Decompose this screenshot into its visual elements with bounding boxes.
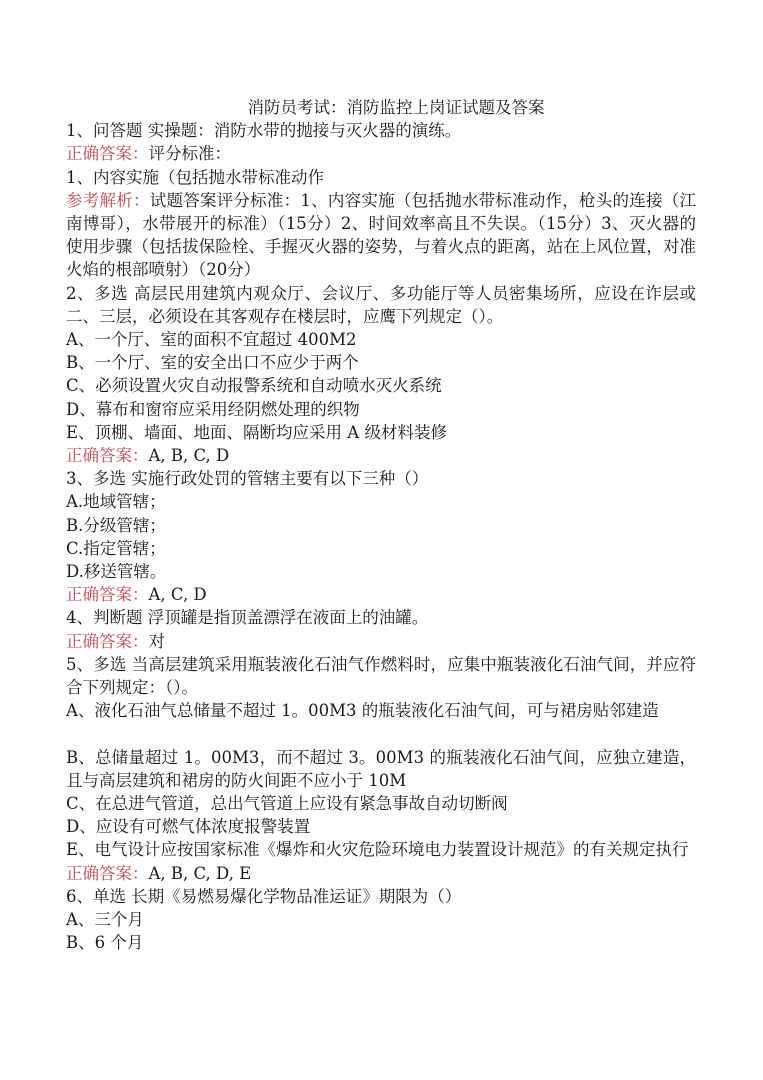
question-1-stem: 1、问答题 实操题：消防水带的抛接与灭火器的演练。 [66,119,696,142]
question-3-option-d: D.移送管辖。 [66,560,696,583]
answer-value: A, B, C, D, E [149,864,252,883]
question-5-option-a: A、液化石油气总储量不超过 1。00M3 的瓶装液化石油气间，可与裙房贴邻建造 [66,699,696,722]
question-5-answer: 正确答案：A, B, C, D, E [66,862,696,885]
question-2-option-c: C、必须设置火灾自动报警系统和自动喷水灭火系统 [66,374,696,397]
answer-value: 对 [149,632,166,651]
answer-label: 正确答案： [66,446,149,465]
answer-label: 正确答案： [66,632,149,651]
answer-label: 正确答案： [66,585,149,604]
question-2-answer: 正确答案：A, B, C, D [66,444,696,467]
question-2-option-e: E、顶棚、墙面、地面、隔断均应采用 A 级材料装修 [66,421,696,444]
question-3-option-b: B.分级管辖； [66,514,696,537]
answer-value: A, C, D [149,585,207,604]
answer-label: 正确答案： [66,144,149,163]
question-6-stem: 6、单选 长期《易燃易爆化学物品准运证》期限为（） [66,885,696,908]
answer-value: 评分标准： [149,144,232,163]
question-4-stem: 4、判断题 浮顶罐是指顶盖漂浮在液面上的油罐。 [66,606,696,629]
question-1-analysis: 参考解析：试题答案评分标准：1、内容实施（包括抛水带标准动作，枪头的连接（江南博… [66,189,696,282]
question-1-answer: 正确答案：评分标准： [66,142,696,165]
blank-line [66,722,696,745]
question-5-stem: 5、多选 当高层建筑采用瓶装液化石油气作燃料时，应集中瓶装液化石油气间，并应符合… [66,653,696,699]
document-title: 消防员考试：消防监控上岗证试题及答案 [96,96,696,119]
answer-value: A, B, C, D [149,446,230,465]
question-2-option-d: D、幕布和窗帘应采用经阴燃处理的织物 [66,398,696,421]
question-2-stem: 2、多选 高层民用建筑内观众厅、会议厅、多功能厅等人员密集场所，应设在诈层或二、… [66,282,696,328]
question-2-option-a: A、一个厅、室的面积不宜超过 400M2 [66,328,696,351]
question-4-answer: 正确答案：对 [66,630,696,653]
question-6-option-a: A、三个月 [66,908,696,931]
question-3-option-c: C.指定管辖； [66,537,696,560]
analysis-label: 参考解析： [66,191,150,210]
question-5-option-b: B、总储量超过 1。00M3，而不超过 3。00M3 的瓶装液化石油气间，应独立… [66,746,696,792]
question-5-option-c: C、在总进气管道，总出气管道上应设有紧急事故自动切断阀 [66,792,696,815]
analysis-text: 试题答案评分标准：1、内容实施（包括抛水带标准动作，枪头的连接（江南博哥），水带… [66,191,696,280]
question-3-stem: 3、多选 实施行政处罚的管辖主要有以下三种（） [66,467,696,490]
question-1-answer-cont: 1、内容实施（包括抛水带标准动作 [66,166,696,189]
question-5-option-e: E、电气设计应按国家标准《爆炸和火灾危险环境电力装置设计规范》的有关规定执行 [66,838,696,861]
question-3-answer: 正确答案：A, C, D [66,583,696,606]
answer-label: 正确答案： [66,864,149,883]
document-page: 消防员考试：消防监控上岗证试题及答案 1、问答题 实操题：消防水带的抛接与灭火器… [66,96,696,955]
question-5-option-d: D、应设有可燃气体浓度报警装置 [66,815,696,838]
question-6-option-b: B、6 个月 [66,931,696,954]
question-2-option-b: B、一个厅、室的安全出口不应少于两个 [66,351,696,374]
question-3-option-a: A.地域管辖； [66,490,696,513]
